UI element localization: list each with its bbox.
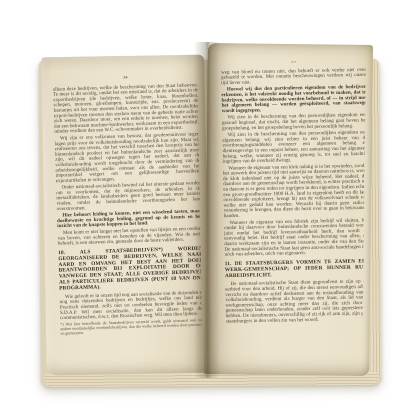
section-heading-10: 10. ALS STAATSBEDRIJVEN*) WORDEN GEORGAN… bbox=[58, 246, 203, 292]
left-page-text-block: 34 alleen deze bedrijven, welke de besch… bbox=[53, 75, 203, 367]
left-paragraph-2: Wij zijn er ons volkomen van bewust, dat… bbox=[54, 132, 200, 184]
book-photo: 34 alleen deze bedrijven, welke de besch… bbox=[0, 0, 416, 416]
right-paragraph-5: Wanneer de eigenaar van een klok nalatig… bbox=[223, 163, 366, 219]
left-page-number: 34 bbox=[53, 75, 198, 83]
right-paragraph-2-emphasis: Hoewel wij dus den particulieren eigendo… bbox=[221, 85, 365, 114]
left-paragraph-after-heading: Wie gelooft er in onzen tijd nog aan soc… bbox=[59, 290, 202, 321]
left-paragraph-3: Onder nationaal-socialistisch bewind zal… bbox=[56, 181, 202, 212]
right-paragraph-6: Wanneer de eigenaar van een fabriek zijn… bbox=[224, 218, 366, 258]
right-paragraph-3: Wij zien in de bescherming van den perso… bbox=[222, 113, 366, 132]
section-heading-11: 11. DE STAATSBURGERS VORMEN TE ZAMEN EEN… bbox=[225, 258, 366, 279]
right-page-number: 35 bbox=[221, 60, 366, 65]
right-paragraph-1: weg van bloed en tranen niet, dan behoef… bbox=[221, 67, 366, 86]
left-page-footnote: *) Wat hier betreffende de Staatsbedrijv… bbox=[60, 318, 202, 336]
left-page: 34 alleen deze bedrijven, welke de besch… bbox=[41, 55, 210, 376]
left-paragraph-5: Men komt er niet langer met het opstelle… bbox=[57, 226, 202, 246]
right-page: 35 weg van bloed en tranen niet, dan beh… bbox=[204, 43, 373, 376]
right-paragraph-4: Wij zien in de bescherming van den perso… bbox=[222, 130, 366, 165]
left-paragraph-1: alleen deze bedrijven, welke de bescherm… bbox=[53, 82, 199, 134]
right-paragraph-after-heading: De nationaal-socialistische Staat dient … bbox=[225, 279, 366, 324]
right-page-text-block: 35 weg van bloed en tranen niet, dan beh… bbox=[217, 60, 366, 368]
